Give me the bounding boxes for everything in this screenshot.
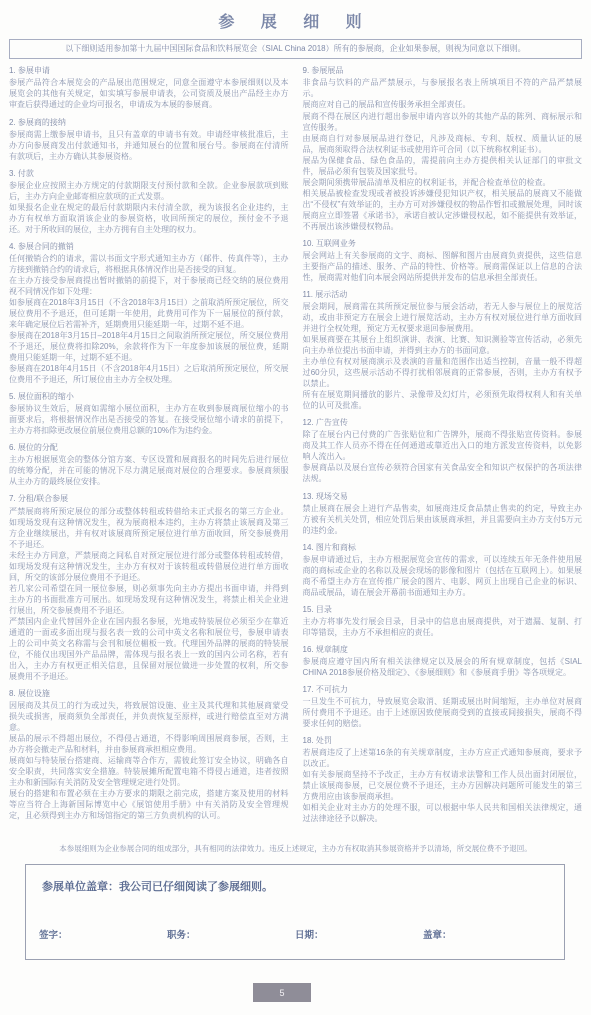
page-number-badge: 5 (253, 983, 311, 1002)
section-paragraph: 主办方根据展览会的整体分馆方案、专区设置和展商报名的时间先后进行展位的统筹分配，… (9, 454, 289, 487)
stamp-statement: 参展单位盖章：我公司已仔细阅读了参展细则。 (42, 878, 564, 894)
section-paragraph: 参展商品以及展台宣传必须符合国家有关食品安全和知识产权保护的各项法律法规。 (303, 462, 583, 484)
section-paragraph: 严禁展商将所预定展位的部分或整体转租或转借给未正式报名的第三方企业。如现场发现有… (9, 506, 289, 550)
section-paragraph: 若展商违反了上述第16条的有关规章制度，主办方应正式通知参展商，要求予以改正。 (303, 747, 583, 769)
signature-field-position: 职务： (167, 927, 295, 941)
section-paragraph: 展品为保健食品、绿色食品的，需提前向主办方提供相关认证部门的审批文件，展品必须有… (303, 155, 583, 177)
section-paragraph: 参展商应遵守国内所有相关法律规定以及展会的所有规章制度，包括《SIAL CHIN… (303, 656, 583, 678)
section-title: 11. 展示活动 (303, 289, 583, 300)
section: 18. 处罚若展商违反了上述第16条的有关规章制度，主办方应正式通知参展商，要求… (303, 735, 583, 824)
section-paragraph: 参展协议生效后，展商如需缩小展位面积，主办方在收到参展商展位缩小的书面要求后，将… (9, 403, 289, 436)
section-paragraph: 主办方将事先发行展会目录，目录中的信息由展商提供，对于遗漏、复制、打印等错误，主… (303, 616, 583, 638)
section-paragraph: 若几家公司希望在同一展位参展，则必须事先向主办方提出书面申请，并得到主办方的书面… (9, 583, 289, 616)
section-title: 17. 不可抗力 (303, 684, 583, 695)
section-title: 13. 现场交易 (303, 491, 583, 502)
section-paragraph: 禁止展商在展会上进行产品售卖，如展商违反食品禁止售卖的约定，导致主办方被有关机关… (303, 503, 583, 536)
section-paragraph: 参展申请通过后，主办方根据展览会宣传的需求，可以连续五年无条件使用展商的商标或企… (303, 554, 583, 598)
section: 11. 展示活动展会期间，展商需在其所预定展位参与展会活动，若无人参与展位上的展… (303, 289, 583, 411)
signature-field-date: 日期： (295, 927, 423, 941)
signature-field-sign: 签字： (39, 927, 167, 941)
section-paragraph: 主办单位有权对展商演示及表演的音量和范围作出适当控制，音量一般不得超过60分贝，… (303, 356, 583, 389)
section: 4. 参展合同的撤销任何撤销合约的请求，需以书面文字形式通知主办方（邮件、传真件… (9, 241, 289, 385)
section-paragraph: 在主办方接受参展商提出暂时撤销的前提下，对于参展商已经交纳的展位费用视不同情况作… (9, 275, 289, 297)
section: 8. 展位设施因展商及其员工的行为或过失，将致展馆设施、业主及其代理和其他展商蒙… (9, 688, 289, 821)
section-title: 10. 互联网业务 (303, 238, 583, 249)
section-paragraph: 参展商在2018年4月15日（不含2018年4月15日）之后取消所预定展位，所交… (9, 363, 289, 385)
section-title: 12. 广告宣传 (303, 417, 583, 428)
section: 1. 参展申请参展产品符合本展览会的产品展出范围规定，同意全面遵守本参展细则以及… (9, 65, 289, 110)
section: 3. 付款参展企业应按照主办方规定的付款期限支付预付款和全款。企业参展款项到账后… (9, 168, 289, 235)
section-paragraph: 相关展品被检查发现或者被投诉涉嫌侵犯知识产权，相关展品的展商又不能做出“不侵权”… (303, 188, 583, 232)
section-title: 9. 参展展品 (303, 65, 583, 76)
section-paragraph: 如相关企业对主办方的处理不服，可以根据中华人民共和国相关法律规定，通过法律途径予… (303, 802, 583, 824)
section: 9. 参展展品非食品与饮料的产品严禁展示，与参展报名表上所填项目不符的产品严禁展… (303, 65, 583, 231)
section-paragraph: 除了在展台内已付费的广告张贴位和广告牌外，展商不得张贴宣传资料。参展商及其工作人… (303, 429, 583, 462)
section-paragraph: 展商如与特装展台搭建商、运输商等合作方，需彼此签订安全协议，明确各自安全职责，共… (9, 755, 289, 788)
document-page: 参 展 细 则 以下细则适用参加第十九届中国国际食品和饮料展览会（SIAL Ch… (0, 0, 591, 1015)
section: 6. 展位的分配主办方根据展览会的整体分馆方案、专区设置和展商报名的时间先后进行… (9, 442, 289, 487)
section: 2. 参展商的接纳参展商需上缴参展申请书，且只有盖章的申请书有效。申请经审核批准… (9, 117, 289, 162)
section-title: 4. 参展合同的撤销 (9, 241, 289, 252)
section-paragraph: 任何撤销合约的请求，需以书面文字形式通知主办方（邮件、传真件等），主办方接到撤销… (9, 253, 289, 275)
section: 5. 展位面积的缩小参展协议生效后，展商如需缩小展位面积，主办方在收到参展商展位… (9, 391, 289, 436)
section-paragraph: 展会网站上有关参展商的文字、商标、图解和图片由展商负责提供，这些信息主要指产品的… (303, 250, 583, 283)
section-paragraph: 展商不得在展区内进行超出参展申请内容以外的其他产品的陈列、商标展示和宣传服务。 (303, 111, 583, 133)
section: 14. 图片和商标参展申请通过后，主办方根据展览会宣传的需求，可以连续五年无条件… (303, 542, 583, 598)
section-paragraph: 展品的展示不得超出展位，不得侵占通道，不得影响周围展商参展，否则，主办方将会撤走… (9, 733, 289, 755)
section-paragraph: 非食品与饮料的产品严禁展示，与参展报名表上所填项目不符的产品严禁展示。 (303, 77, 583, 99)
page-title: 参 展 细 则 (0, 0, 591, 32)
section-paragraph: 由展商自行对参展展品进行登记，凡涉及商标、专利、版权、质量认证的展品，展商须取得… (303, 133, 583, 155)
section-title: 15. 目录 (303, 604, 583, 615)
section-paragraph: 所有在展览期间播放的影片、录像带及幻灯片，必须预先取得权利人和有关单位的认可及批… (303, 389, 583, 411)
section-paragraph: 展会期间，展商需在其所预定展位参与展会活动，若无人参与展位上的展览活动，或由非预… (303, 301, 583, 334)
section-paragraph: 展台的搭建和布置必须在主办方要求的期限之前完成，搭建方案及使用的材料等应当符合上… (9, 788, 289, 821)
section-title: 18. 处罚 (303, 735, 583, 746)
notice-text: 以下细则适用参加第十九届中国国际食品和饮料展览会（SIAL China 2018… (65, 44, 525, 53)
section-paragraph: 参展商需上缴参展申请书，且只有盖章的申请书有效。申请经审核批准后，主办方向参展商… (9, 129, 289, 162)
section-paragraph: 严禁国内企业代替国外企业在国内报名参展，光地或特装展位必须至少在靠近通道的一面或… (9, 616, 289, 682)
section-title: 6. 展位的分配 (9, 442, 289, 453)
section: 17. 不可抗力一旦发生不可抗力，导致展览会取消、延期或展出时间缩短，主办单位对… (303, 684, 583, 729)
section: 7. 分租/联合参展严禁展商将所预定展位的部分或整体转租或转借给未正式报名的第三… (9, 493, 289, 682)
section-paragraph: 一旦发生不可抗力，导致展览会取消、延期或展出时间缩短，主办单位对展商所付费用不予… (303, 696, 583, 729)
section-paragraph: 展会期间须携带展品清单及相应的权利证书，并配合检查单位的检查。 (303, 177, 583, 188)
section-title: 14. 图片和商标 (303, 542, 583, 553)
section-title: 3. 付款 (9, 168, 289, 179)
section: 10. 互联网业务展会网站上有关参展商的文字、商标、图解和图片由展商负责提供，这… (303, 238, 583, 283)
section-title: 5. 展位面积的缩小 (9, 391, 289, 402)
section-title: 16. 规章制度 (303, 644, 583, 655)
two-column-body: 1. 参展申请参展产品符合本展览会的产品展出范围规定，同意全面遵守本参展细则以及… (0, 59, 591, 840)
section-paragraph: 参展企业应按照主办方规定的付款期限支付预付款和全款。企业参展款项到账后，主办方向… (9, 180, 289, 202)
legal-note: 本参展细则为企业参展合同的组成部分，具有相同的法律效力。违反上述规定，主办方有权… (10, 843, 581, 854)
signature-field-seal: 盖章： (423, 927, 551, 941)
section-paragraph: 未经主办方同意，严禁展商之间私自对预定展位进行部分或整体转租或转借，如现场发现有… (9, 550, 289, 583)
section-paragraph: 如果报名企业在规定的最后付款期限内未付清全款，视为该报名企业违约，主办方有权单方… (9, 202, 289, 235)
section: 13. 现场交易禁止展商在展会上进行产品售卖，如展商违反食品禁止售卖的约定，导致… (303, 491, 583, 536)
section: 15. 目录主办方将事先发行展会目录，目录中的信息由展商提供，对于遗漏、复制、打… (303, 604, 583, 638)
section-title: 2. 参展商的接纳 (9, 117, 289, 128)
section-paragraph: 如参展商在2018年3月15日（不含2018年3月15日）之前取消所预定展位，所… (9, 297, 289, 330)
section-paragraph: 展商应对自己的展品和宣传服务承担全部责任。 (303, 99, 583, 110)
section-paragraph: 如有关参展商坚持不予改正，主办方有权请求法警和工作人员出面封闭展位，禁止该展商参… (303, 769, 583, 802)
section-paragraph: 如果展商要在其展台上组织演讲、表演、比赛、知识测验等宣传活动，必须先向主办单位提… (303, 334, 583, 356)
section-paragraph: 因展商及其员工的行为或过失，将致展馆设施、业主及其代理和其他展商蒙受损失或损害，… (9, 700, 289, 733)
section: 16. 规章制度参展商应遵守国内所有相关法律规定以及展会的所有规章制度，包括《S… (303, 644, 583, 678)
section-title: 8. 展位设施 (9, 688, 289, 699)
section-paragraph: 参展商在2018年3月15日–2018年4月15日之间取消所预定展位，所交展位费… (9, 330, 289, 363)
section-title: 7. 分租/联合参展 (9, 493, 289, 504)
right-column: 9. 参展展品非食品与饮料的产品严禁展示，与参展报名表上所填项目不符的产品严禁展… (303, 65, 583, 840)
section-paragraph: 参展产品符合本展览会的产品展出范围规定，同意全面遵守本参展细则以及本展览会的其他… (9, 77, 289, 110)
notice-box: 以下细则适用参加第十九届中国国际食品和饮料展览会（SIAL China 2018… (9, 39, 582, 59)
signature-row: 签字： 职务： 日期： 盖章： (39, 927, 551, 941)
section: 12. 广告宣传除了在展台内已付费的广告张贴位和广告牌外，展商不得张贴宣传资料。… (303, 417, 583, 484)
stamp-box: 参展单位盖章：我公司已仔细阅读了参展细则。 签字： 职务： 日期： 盖章： (25, 864, 565, 960)
section-title: 1. 参展申请 (9, 65, 289, 76)
left-column: 1. 参展申请参展产品符合本展览会的产品展出范围规定，同意全面遵守本参展细则以及… (9, 65, 289, 840)
